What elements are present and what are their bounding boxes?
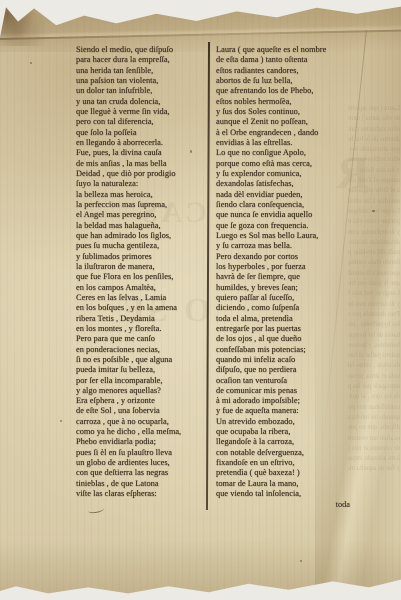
text-line: que lleguè à verme ſin vida, [76,107,208,117]
text-line: de comunicar mis penas [216,386,354,396]
text-line: la belleza mas heroica, [76,190,208,200]
text-line: de eſte Sol , una ſobervia [76,406,208,416]
text-line: Era eſphera , y orizonte [76,396,208,406]
text-line: entregarſe por las puertas [216,324,354,334]
catchword: toda [216,500,350,509]
text-line: en los campos Amaltèa, [76,283,208,293]
text-line: Lo que no conſigue Apolo, [216,148,354,158]
text-line: ribera Tetis , Deydamia [76,314,208,324]
text-line: pero con tal diferencia, [76,117,208,127]
text-line: nada dèl envidiar pueden, [216,190,354,200]
text-line: en llegando à aborrecerla. [76,138,208,148]
text-line: y ſu explendor comunica, [216,169,354,179]
bottom-edge-shading [0,540,401,600]
text-line: quiero paſſar al ſuceſſo, [216,293,354,303]
text-line: el Angel mas peregrino, [76,210,208,220]
paper-speck [190,150,192,153]
text-line: que fue Flora en los penſiles, [76,272,208,282]
text-line: la iluſtraron de manera, [76,262,208,272]
text-line: eſtos radiantes candores, [216,66,354,76]
paper-speck [60,420,62,422]
text-line: abortos de ſu luz bella, [216,76,354,86]
text-line: Phebo envidiarla podia; [76,437,208,447]
text-line: llegandoſe à la carroza, [216,437,354,447]
text-line: ſuyo la naturaleza: [76,179,208,189]
text-line: envidias à las eſtrellas. [216,138,354,148]
text-line: con notable deſverguenza, [216,448,354,458]
text-line: ocaſion tan venturoſa [216,376,354,386]
text-line: que han admirado los ſiglos, [76,231,208,241]
text-line: carroza , que à no ocuparla, [76,417,208,427]
text-line: tomar de Laura la mano, [216,479,354,489]
text-column-left: Siendo el medio, que diſpuſopara hacer d… [76,45,208,499]
text-line: y algo menores aquellas? [76,386,208,396]
text-column-right: Laura ( que aqueſte es el nombrede eſta … [216,45,354,499]
paper-speck [300,560,302,562]
text-line: Deidad , que diò por prodigio [76,169,208,179]
text-line: à mi adorado impoſsible; [216,396,354,406]
text-line: dexandolas ſatisfechas, [216,179,354,189]
text-line: ſiendo clara conſequencia, [216,200,354,210]
paper-speck [372,210,375,212]
text-line: que ſe goza con frequencia. [216,221,354,231]
text-line: y ſu carroza mas bella. [216,241,354,251]
text-line: de eſta dama ) tanto oſtenta [216,55,354,65]
paper-speck [30,62,32,64]
text-line: viſte las claras eſpheras: [76,489,208,499]
text-line: Laura ( que aqueſte es el nombre [216,45,354,55]
text-line: havrà de ſer ſiempre, que [216,272,354,282]
text-line: aunque el Zenit no poſſean, [216,117,354,127]
text-line: pretendìa ( què baxeza! ) [216,468,354,478]
text-line: de mis anſias , la mas bella [76,159,208,169]
text-line: un globo de ardientes luces, [76,458,208,468]
text-line: en ponderaciones necias, [76,345,208,355]
text-line: Pero para que me canſo [76,334,208,344]
text-line: eſtos nobles hermoſèa, [216,97,354,107]
text-line: Pero dexando por cortos [216,252,354,262]
text-line: en los boſques , y en la amena [76,303,208,313]
text-line: un dolor tan inſufrible, [76,86,208,96]
text-line: porque como eſtà mas cerca, [216,159,354,169]
text-line: que ſolo la poſſeìa [76,128,208,138]
top-left-corner-damage [0,0,62,46]
text-line: Ceres en las ſelvas , Lamia [76,293,208,303]
text-line: humildes, y breves ſean; [216,283,354,293]
text-line: Siendo el medio, que diſpuſo [76,45,208,55]
text-line: Un atrevido embozado, [216,417,354,427]
text-line: toda el alma, pretendìa [216,314,354,324]
text-line: con que deſtierra las negras [76,468,208,478]
text-line: una herida tan ſenſible, [76,66,208,76]
text-line: que ocupaba la ribera, [216,427,354,437]
text-line: como ya he dicho , ella meſma, [76,427,208,437]
text-line: que nunca ſe envidia aquello [216,210,354,220]
text-line: Luego es Sol mas bello Laura, [216,231,354,241]
text-line: Fue, pues, la divina cauſa [76,148,208,158]
text-line: diciendo , como ſuſpenſa [216,303,354,313]
text-line: una paſsion tan violenta, [76,76,208,86]
paper-sheet: O SE CAS R Laura ( que aqueſte es el nom… [0,0,401,600]
text-line: para hacer dura la empreſſa, [76,55,208,65]
text-line: quando mi infeliz acaſo [216,355,354,365]
text-line: pues ſi èl en ſu plauſtro lleva [76,448,208,458]
text-line: ſi no es poſsible , que alguna [76,355,208,365]
text-line: à el Orbe engrandecen , dando [216,128,354,138]
text-line: por ſer ella incomparable, [76,376,208,386]
text-line: la perfeccion mas ſuprema, [76,200,208,210]
text-line: que viendo tal inſolencia, [216,489,354,499]
text-line: de los ojos , al que dueño [216,334,354,344]
text-line: los hyperboles , por fuerza [216,262,354,272]
text-line: tinieblas , de que Latona [76,479,208,489]
text-line: pueda imitar ſu belleza, [76,365,208,375]
text-line: confeſſaban mis potencias; [216,345,354,355]
text-line: la beldad mas halagueña, [76,221,208,231]
text-line: en los montes , y floreſta. [76,324,208,334]
text-line: y ſus dos Soles continuo, [216,107,354,117]
scanned-page: O SE CAS R Laura ( que aqueſte es el nom… [0,0,401,600]
text-line: y ſublimados primores [76,252,208,262]
text-line: pues ſu mucha gentileza, [76,241,208,251]
text-line: que afrentando los de Phebo, [216,86,354,96]
text-line: y una tan cruda dolencia, [76,97,208,107]
text-line: fixandoſe en un eſtrivo, [216,458,354,468]
text-line: y fue de aqueſta manera: [216,406,354,416]
text-line: diſpuſo, que no perdiera [216,365,354,375]
